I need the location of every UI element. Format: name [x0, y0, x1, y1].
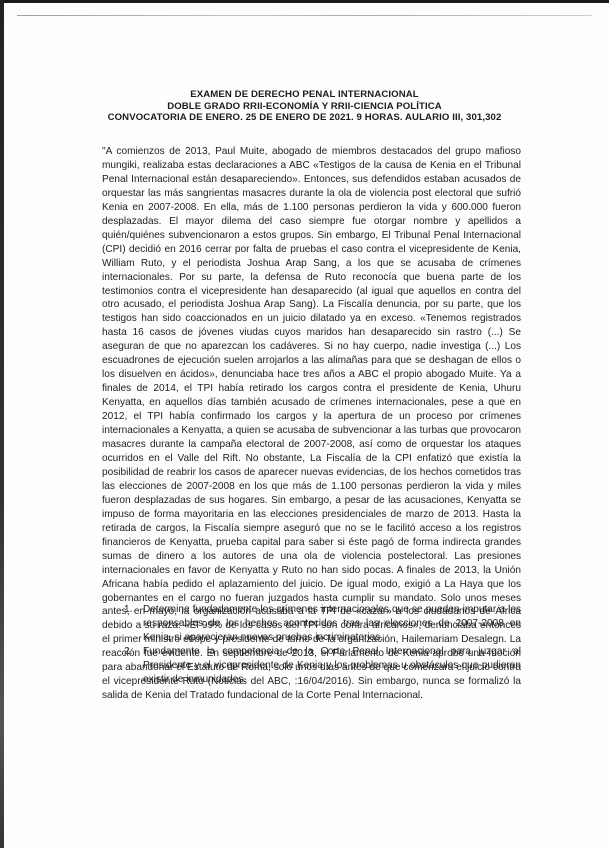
exam-session: CONVOCATORIA DE ENERO. 25 DE ENERO DE 20…	[0, 112, 609, 124]
question-number: 2.	[124, 645, 132, 659]
scanned-page: EXAMEN DE DERECHO PENAL INTERNACIONAL DO…	[0, 0, 609, 848]
exam-degree: DOBLE GRADO RRII-ECONOMÍA Y RRII-CIENCIA…	[0, 101, 609, 113]
question-list: 1. Determine fundadamente los crímenes i…	[124, 603, 521, 687]
question-item: 2. Fundamente la competencia de la Corte…	[124, 645, 521, 687]
exam-header: EXAMEN DE DERECHO PENAL INTERNACIONAL DO…	[0, 89, 609, 124]
question-text: Determine fundadamente los crímenes inte…	[143, 604, 521, 643]
question-text: Fundamente la competencia de la Corte Pe…	[143, 646, 521, 685]
question-number: 1.	[124, 603, 132, 617]
scan-border-left	[0, 0, 4, 848]
exam-title: EXAMEN DE DERECHO PENAL INTERNACIONAL	[0, 89, 609, 101]
question-item: 1. Determine fundadamente los crímenes i…	[124, 603, 521, 645]
scan-artifact-line	[17, 15, 592, 16]
scan-border-top	[0, 0, 609, 3]
